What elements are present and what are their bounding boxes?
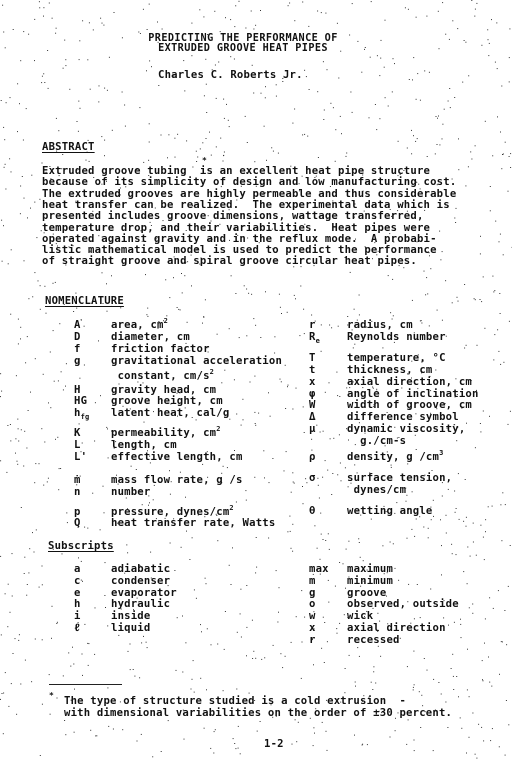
symbol: a [74, 564, 81, 575]
symbol: o [309, 599, 316, 610]
abstract-line: of straight groove and spiral groove cir… [42, 256, 417, 267]
symbol: L' [74, 452, 87, 463]
definition: surface tension, [347, 473, 452, 484]
author: Charles C. Roberts Jr. [158, 70, 303, 81]
symbol: c [74, 576, 81, 587]
definition: axial direction [347, 623, 446, 634]
abstract-heading: ABSTRACT [42, 142, 95, 153]
definition: groove height, cm [111, 396, 223, 407]
symbol: n [74, 487, 81, 498]
symbol: A [74, 320, 81, 331]
definition: permeability, cm2 [111, 428, 221, 439]
definition: friction factor [111, 344, 210, 355]
symbol: m [309, 576, 316, 587]
symbol: σ [309, 473, 316, 484]
definition: condenser [111, 576, 170, 587]
definition: mass flow rate, g /s [111, 475, 243, 486]
definition: axial direction, cm [347, 377, 472, 388]
definition: wick [347, 611, 373, 622]
definition: number [111, 487, 150, 498]
definition: hydraulic [111, 599, 170, 610]
definition: g./cm-s [347, 436, 406, 447]
definition: density, g /cm3 [347, 452, 444, 463]
definition: width of groove, cm [347, 400, 472, 411]
definition: observed, outside [347, 599, 459, 610]
symbol: x [309, 377, 316, 388]
symbol: K [74, 428, 81, 439]
symbol: θ [309, 506, 316, 517]
footnote-marker-bottom: * [49, 690, 54, 701]
definition: area, cm2 [111, 320, 168, 331]
abstract-line: The extruded grooves are highly permeabl… [42, 189, 456, 200]
symbol: i [74, 611, 81, 622]
symbol: ρ [309, 452, 316, 463]
symbol: f [74, 344, 81, 355]
symbol: Q [74, 518, 81, 529]
title-line-2: EXTRUDED GROOVE HEAT PIPES [0, 43, 486, 54]
definition: recessed [347, 635, 400, 646]
definition: wetting angle [347, 506, 433, 517]
definition: latent heat, cal/g [111, 408, 229, 419]
symbol: ṁ [74, 475, 81, 486]
definition: liquid [111, 623, 150, 634]
symbol: Δ [309, 412, 316, 423]
symbol: max [309, 564, 329, 575]
symbol: W [309, 400, 316, 411]
symbol: D [74, 332, 81, 343]
definition: dynamic viscosity, [347, 424, 465, 435]
symbol: T [309, 353, 316, 364]
abstract-line: temperature drop, and their variabilitie… [42, 223, 430, 234]
symbol: h [74, 599, 81, 610]
definition: temperature, °C [347, 353, 446, 364]
abstract-line: because of its simplicity of design and … [42, 177, 456, 188]
symbol: hfg [74, 408, 89, 419]
definition: effective length, cm [111, 452, 243, 463]
definition: thickness, cm [347, 365, 433, 376]
definition: length, cm [111, 440, 177, 451]
symbol: Re [309, 332, 320, 343]
definition: diameter, cm [111, 332, 190, 343]
symbol: HG [74, 396, 87, 407]
symbol: t [309, 365, 316, 376]
document-page: PREDICTING THE PERFORMANCE OF EXTRUDED G… [0, 0, 512, 759]
definition: dynes/cm [347, 485, 406, 496]
footnote-rule [49, 684, 122, 685]
symbol: x [309, 623, 316, 634]
footnote-line-1: The type of structure studied is a cold … [64, 696, 406, 707]
page-number: 1-2 [264, 739, 284, 750]
symbol: r [309, 635, 316, 646]
symbol: g [74, 356, 81, 367]
symbol: μ [309, 424, 316, 435]
definition: difference symbol [347, 412, 459, 423]
nomenclature-heading: NOMENCLATURE [45, 296, 124, 307]
definition: Reynolds number [347, 332, 446, 343]
symbol: ℓ [74, 623, 81, 634]
symbol: w [309, 611, 316, 622]
definition: minimum [347, 576, 393, 587]
definition: gravitational acceleration [111, 356, 282, 367]
definition: adiabatic [111, 564, 170, 575]
symbol: L [74, 440, 81, 451]
definition: heat transfer rate, Watts [111, 518, 275, 529]
abstract-line: presented includes groove dimensions, wa… [42, 211, 424, 222]
definition: constant, cm/s2 [111, 371, 214, 382]
definition: maximum [347, 564, 393, 575]
symbol: r [309, 320, 316, 331]
definition: inside [111, 611, 150, 622]
definition: radius, cm [347, 320, 413, 331]
footnote-line-2: with dimensional variabilities on the or… [64, 708, 452, 719]
subscripts-heading: Subscripts [48, 541, 114, 552]
